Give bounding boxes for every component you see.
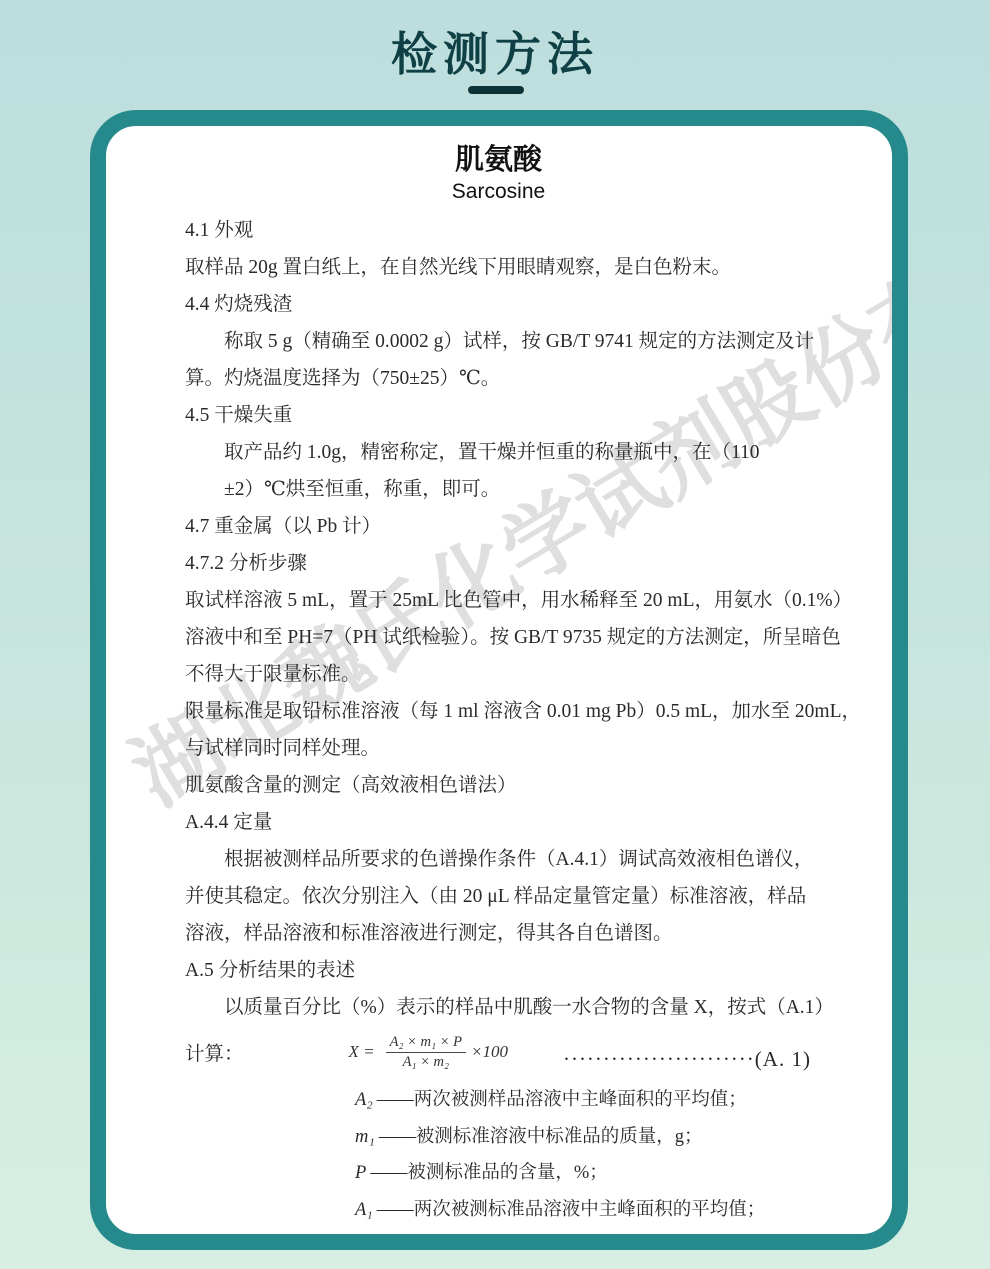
formula-dots: ························ (A. 1) [563, 1033, 811, 1072]
definition-m1: m₁——被测标准溶液中标准品的质量，g； [355, 1119, 852, 1156]
paragraph-line: 与试样同时同样处理。 [185, 730, 852, 767]
section-heading-4-5: 4.5 干燥失重 [185, 397, 852, 434]
section-heading-4-4: 4.4 灼烧残渣 [185, 286, 852, 323]
paragraph-line: 溶液中和至 PH=7（PH 试纸检验）。按 GB/T 9735 规定的方法测定，… [185, 619, 852, 656]
formula-label: (A. 1) [755, 1047, 811, 1072]
page-title: 检测方法 [0, 18, 990, 84]
paragraph-line: 根据被测样品所要求的色谱操作条件（A.4.1）调试高效液相色谱仪， [185, 841, 852, 878]
paragraph-line: 溶液，样品溶液和标准溶液进行测定，得其各自色谱图。 [185, 915, 852, 952]
doc-subheading: Sarcosine [185, 178, 812, 206]
paragraph-line: 并使其稳定。依次分别注入（由 20 μL 样品定量管定量）标准溶液，样品 [185, 878, 852, 915]
doc-heading: 肌氨酸 [185, 142, 812, 178]
definition-desc: ——被测样品溶液中样品的质量，g； [379, 1236, 684, 1250]
paragraph-line: 取试样溶液 5 mL，置于 25mL 比色管中，用水稀释至 20 mL，用氨水（… [185, 582, 852, 619]
paragraph-line: 称取 5 g（精确至 0.0002 g）试样，按 GB/T 9741 规定的方法… [185, 323, 852, 360]
paragraph-line: ±2）℃烘至恒重，称重，即可。 [185, 471, 852, 508]
paragraph-line: 算。灼烧温度选择为（750±25）℃。 [185, 360, 852, 397]
definition-p: P——被测标准品的含量，%； [355, 1155, 852, 1192]
section-heading-a-5: A.5 分析结果的表述 [185, 952, 852, 989]
paragraph-line: 肌氨酸含量的测定（高效液相色谱法） [185, 767, 852, 804]
symbol-definitions: A₂——两次被测样品溶液中主峰面积的平均值； m₁——被测标准溶液中标准品的质量… [355, 1082, 852, 1250]
paragraph-line: 限量标准是取铅标准溶液（每 1 ml 溶液含 0.01 mg Pb）0.5 mL… [185, 693, 852, 730]
definition-a2: A₂——两次被测样品溶液中主峰面积的平均值； [355, 1082, 852, 1119]
definition-symbol: A₁ [355, 1200, 373, 1220]
formula-denominator: A₁ × m₂ [403, 1053, 449, 1071]
formula-fraction: A₂ × m₁ × P A₁ × m₂ [386, 1034, 466, 1071]
paragraph-line: 取产品约 1.0g，精密称定，置干燥并恒重的称量瓶中，在（110 [185, 434, 852, 471]
definition-desc: ——被测标准溶液中标准品的质量，g； [379, 1127, 703, 1147]
document-content: 肌氨酸 Sarcosine 4.1 外观 取样品 20g 置白纸上，在自然光线下… [106, 126, 892, 1250]
formula-row: 计算： X = A₂ × m₁ × P A₁ × m₂ ×100 ·······… [185, 1026, 852, 1078]
section-heading-4-7: 4.7 重金属（以 Pb 计） [185, 508, 852, 545]
formula-intro: 计算： [185, 1038, 244, 1066]
definition-symbol: P [355, 1163, 366, 1183]
definition-a1: A₁——两次被测标准品溶液中主峰面积的平均值； [355, 1192, 852, 1229]
section-heading-4-7-2: 4.7.2 分析步骤 [185, 545, 852, 582]
document-card: 湖北魏氏化学试剂股份有限公司 肌氨酸 Sarcosine 4.1 外观 取样品 … [90, 110, 908, 1250]
paragraph-line: 取样品 20g 置白纸上，在自然光线下用眼睛观察，是白色粉末。 [185, 249, 852, 286]
paragraph-line: 不得大于限量标准。 [185, 656, 852, 693]
definition-m2: m₂——被测样品溶液中样品的质量，g； [355, 1228, 852, 1250]
section-heading-4-1: 4.1 外观 [185, 212, 852, 249]
formula-multiplier: ×100 [471, 1042, 508, 1062]
definition-symbol: m₂ [355, 1236, 375, 1250]
definition-desc: ——两次被测样品溶液中主峰面积的平均值； [377, 1090, 747, 1110]
formula-lhs: X = [349, 1042, 375, 1062]
definition-symbol: m₁ [355, 1127, 375, 1147]
definition-desc: ——被测标准品的含量，%； [370, 1163, 607, 1183]
definition-desc: ——两次被测标准品溶液中主峰面积的平均值； [377, 1200, 766, 1220]
formula-numerator: A₂ × m₁ × P [386, 1034, 466, 1053]
section-heading-a-4-4: A.4.4 定量 [185, 804, 852, 841]
formula-expression: X = A₂ × m₁ × P A₁ × m₂ ×100 [349, 1034, 508, 1071]
paragraph-line: 以质量百分比（%）表示的样品中肌酸一水合物的含量 X，按式（A.1） [185, 989, 852, 1026]
title-dash [468, 86, 524, 94]
definition-symbol: A₂ [355, 1090, 373, 1110]
